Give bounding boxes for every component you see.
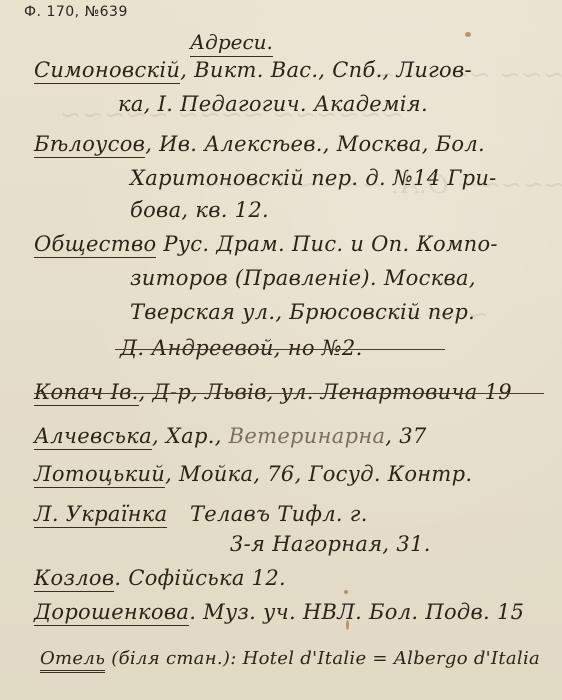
- paper-stain: [465, 32, 471, 37]
- strikethrough-line: [115, 349, 445, 350]
- entry-address-continued: ка, I. Педагогич. Академія.: [118, 92, 428, 116]
- entry-address-continued: бова, кв. 12.: [130, 198, 269, 222]
- page-title: Адреси.: [190, 30, 273, 57]
- entry-doroshenkova: Дорошенкова. Муз. уч. НВЛ. Бол. Подв. 15: [34, 600, 524, 624]
- entry-address: , Ив. Алексѣев., Москва, Бол.: [145, 132, 485, 156]
- entry-address-continued: 3-я Нагорная, 31.: [230, 532, 431, 556]
- entry-street-pencil: Ветеринарна: [229, 424, 386, 448]
- entry-address-continued: Тверская ул., Брюсовскій пер.: [130, 300, 475, 324]
- entry-address-continued: Харитоновскій пер. д. №14 Гри-: [130, 166, 497, 190]
- entry-name: Отель: [40, 648, 105, 673]
- entry-address: , Хар.,: [152, 424, 229, 448]
- entry-name: Л. Українка: [34, 502, 167, 528]
- entry-kozlov: Козлов. Софійська 12.: [34, 566, 286, 590]
- entry-address: , Д-р, Львів, ул. Ленартовича 19: [139, 380, 512, 404]
- entry-name: Козлов: [34, 566, 114, 592]
- entry-address-continued: зиторов (Правленіе). Москва,: [130, 266, 476, 290]
- entry-society: Общество Рус. Драм. Пис. и Оп. Компо-: [34, 232, 498, 256]
- document-page: ~~~ ~~~~ ~~~ ~~~~~~ ~~~~ ~~~~~ ~~~~~ О.А…: [0, 0, 562, 700]
- entry-lototsky: Лотоцький, Мойка, 76, Госуд. Контр.: [34, 462, 472, 486]
- entry-house-number: , 37: [385, 424, 426, 448]
- paper-stain: [344, 590, 348, 594]
- entry-address: , Мойка, 76, Госуд. Контр.: [165, 462, 472, 486]
- entry-address: Рус. Драм. Пис. и Оп. Компо-: [156, 232, 497, 256]
- entry-address-struck: Д. Андреевой, но №2.: [120, 336, 363, 360]
- entry-bilousov: Бѣлоусов, Ив. Алексѣев., Москва, Бол.: [34, 132, 485, 156]
- entry-name: Симоновскій: [34, 58, 180, 84]
- entry-name: Бѣлоусов: [34, 132, 145, 158]
- entry-address: . Софійська 12.: [114, 566, 286, 590]
- archive-reference: Ф. 170, №639: [24, 4, 128, 20]
- entry-name: Общество: [34, 232, 156, 258]
- entry-lesya-ukrainka: Л. Українка: [34, 502, 167, 526]
- entry-address: . Муз. уч. НВЛ. Бол. Подв. 15: [189, 600, 524, 624]
- entry-kopach: Копач Ів., Д-р, Львів, ул. Ленартовича 1…: [34, 380, 512, 404]
- entry-name: Лотоцький: [34, 462, 165, 488]
- entry-simonovsky: Симоновскій, Викт. Вас., Спб., Лигов-: [34, 58, 472, 82]
- strikethrough-line: [34, 393, 544, 394]
- entry-address: Телавъ Тифл. г.: [190, 502, 368, 526]
- entry-name: Алчевська: [34, 424, 152, 450]
- entry-address: (біля стан.): Hotel d'Italie = Albergo d…: [105, 648, 540, 669]
- entry-hotel: Отель (біля стан.): Hotel d'Italie = Alb…: [40, 648, 540, 669]
- entry-name: Дорошенкова: [34, 600, 189, 626]
- entry-alchevska: Алчевська, Хар., Ветеринарна, 37: [34, 424, 427, 448]
- entry-address: , Викт. Вас., Спб., Лигов-: [180, 58, 472, 82]
